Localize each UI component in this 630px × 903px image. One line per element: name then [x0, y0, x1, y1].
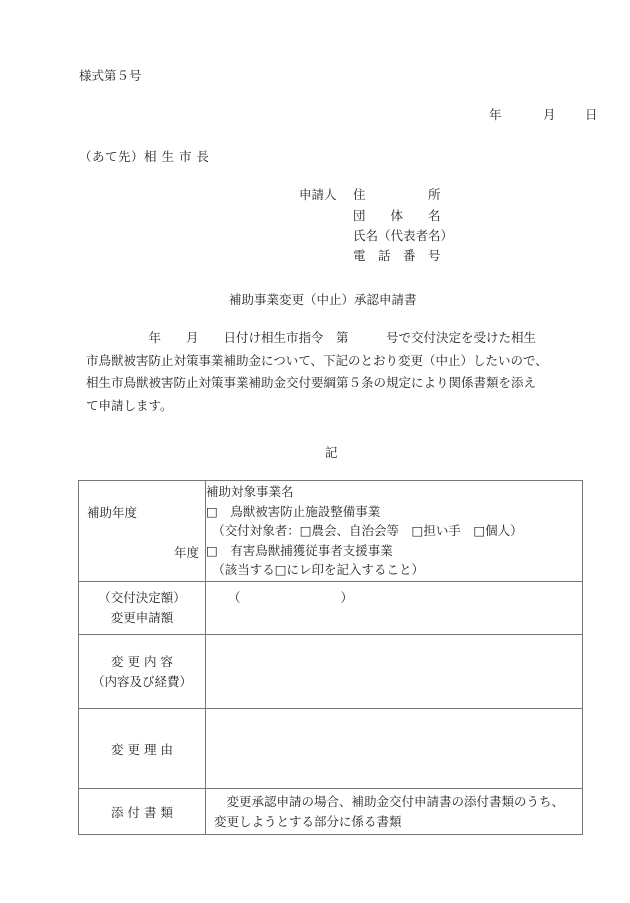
table-row-change-content: 変 更 内 容 （内容及び経費）: [79, 635, 583, 709]
change-reason-label: 変 更 理 由: [111, 742, 173, 757]
change-content-input[interactable]: [206, 635, 583, 709]
applicant-representative-label: 氏名（代表者名）: [353, 226, 453, 244]
body-line: 市鳥獣被害防止対策事業補助金について、下記のとおり変更（中止）したいので、: [86, 350, 596, 373]
body-line: 年 月 日付け相生市指令 第 号で交付決定を受けた相生: [86, 327, 596, 350]
year-suffix-label: 年度: [174, 543, 199, 561]
date-year-label: 年: [489, 105, 543, 123]
change-amount-label: 変更申請額: [79, 608, 205, 628]
body-paragraph: 年 月 日付け相生市指令 第 号で交付決定を受けた相生 市鳥獣被害防止対策事業補…: [86, 327, 596, 417]
subsidy-year-cell[interactable]: 補助年度 年度: [79, 481, 206, 582]
applicant-phone-label: 電 話 番 号: [353, 246, 441, 264]
table-row-amount: （交付決定額） 変更申請額 （）: [79, 582, 583, 635]
applicant-address-label: 住 所: [353, 185, 441, 203]
amount-input-cell[interactable]: （）: [206, 582, 583, 635]
subsidy-project-cell: 補助対象事業名 □ 鳥獣被害防止施設整備事業 （交付対象者：□農会、自治会等 □…: [206, 481, 583, 582]
checkbox-facility-project[interactable]: □ 鳥獣被害防止施設整備事業: [206, 502, 582, 522]
form-number: 様式第５号: [79, 66, 142, 84]
applicant-organization-label: 団 体 名: [353, 206, 441, 224]
addressee: （あて先）相 生 市 長: [79, 147, 209, 165]
recipient-type-options[interactable]: （交付対象者：□農会、自治会等 □担い手 □個人）: [206, 521, 582, 541]
checkbox-instruction: （該当する□にレ印を記入すること）: [206, 560, 582, 580]
document-title: 補助事業変更（中止）承認申請書: [229, 290, 417, 308]
table-row-change-reason: 変 更 理 由: [79, 709, 583, 789]
attachments-line: 変更承認申請の場合、補助金交付申請書の添付書類のうち、: [214, 792, 582, 812]
ki-heading: 記: [325, 443, 338, 461]
decided-amount-close-paren: ）: [341, 590, 354, 605]
content-and-cost-label: （内容及び経費）: [79, 672, 205, 692]
decided-amount-open-paren: （: [228, 590, 241, 605]
date-line: 年月日: [489, 105, 598, 123]
checkbox-capture-support-project[interactable]: □ 有害鳥獣捕獲従事者支援事業: [206, 541, 582, 561]
change-reason-input[interactable]: [206, 709, 583, 789]
decided-amount-label: （交付決定額）: [79, 588, 205, 608]
body-line: 相生市鳥獣被害防止対策事業補助金交付要綱第５条の規定により関係書類を添え: [86, 372, 596, 395]
date-day-label: 日: [585, 105, 598, 123]
body-line: て申請します。: [86, 395, 596, 418]
applicant-label: 申請人: [299, 185, 337, 203]
application-table: 補助年度 年度 補助対象事業名 □ 鳥獣被害防止施設整備事業 （交付対象者：□農…: [78, 480, 583, 835]
attachments-label-cell: 添 付 書 類: [79, 789, 206, 835]
change-content-label-cell: 変 更 内 容 （内容及び経費）: [79, 635, 206, 709]
amount-label-cell: （交付決定額） 変更申請額: [79, 582, 206, 635]
project-name-heading: 補助対象事業名: [206, 482, 582, 502]
date-month-label: 月: [543, 105, 585, 123]
attachments-label: 添 付 書 類: [111, 805, 173, 820]
attachments-line: 変更しようとする部分に係る書類: [214, 812, 582, 832]
table-row-subsidy-year: 補助年度 年度 補助対象事業名 □ 鳥獣被害防止施設整備事業 （交付対象者：□農…: [79, 481, 583, 582]
change-content-label: 変 更 内 容: [79, 652, 205, 672]
change-reason-label-cell: 変 更 理 由: [79, 709, 206, 789]
table-row-attachments: 添 付 書 類 変更承認申請の場合、補助金交付申請書の添付書類のうち、 変更しよ…: [79, 789, 583, 835]
attachments-description: 変更承認申請の場合、補助金交付申請書の添付書類のうち、 変更しようとする部分に係…: [206, 789, 583, 835]
subsidy-year-label: 補助年度: [87, 503, 137, 521]
